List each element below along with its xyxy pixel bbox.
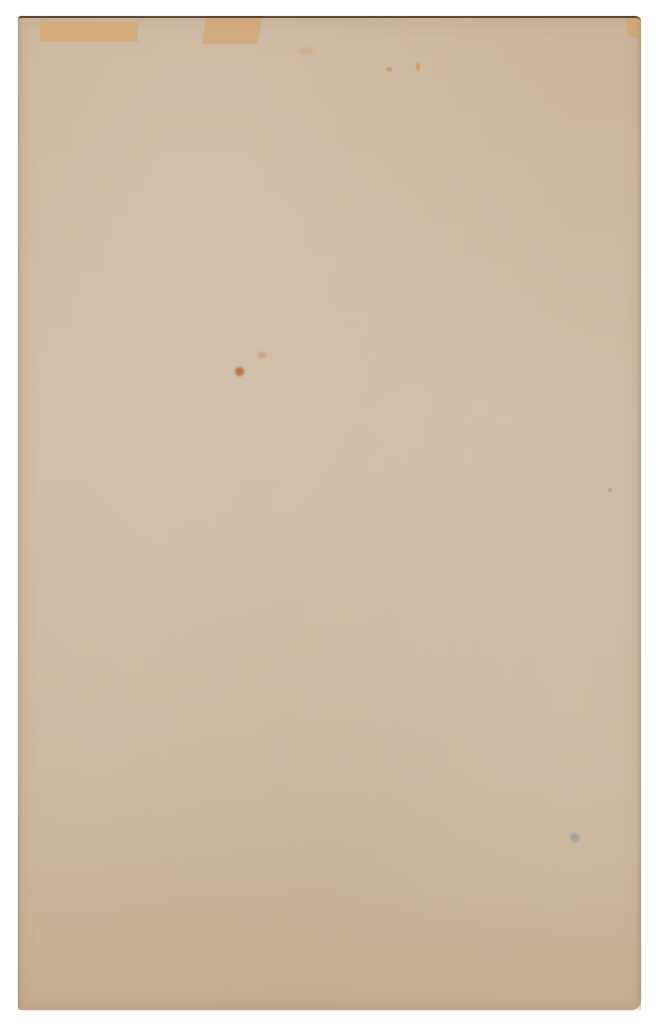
foxing-spot xyxy=(235,367,244,376)
dirt-speck xyxy=(608,488,612,492)
antique-card-back xyxy=(18,16,641,1010)
card-left-edge xyxy=(18,18,22,1010)
corner-wear xyxy=(627,18,641,38)
tape-residue-left xyxy=(40,22,138,42)
faint-stain xyxy=(298,48,314,54)
foxing-spot xyxy=(386,67,392,72)
foxing-spot xyxy=(416,63,420,71)
card-right-edge xyxy=(636,18,641,1010)
blue-speck xyxy=(570,833,580,842)
foxing-spot xyxy=(258,352,266,358)
torn-paper-residue-top xyxy=(202,18,263,44)
